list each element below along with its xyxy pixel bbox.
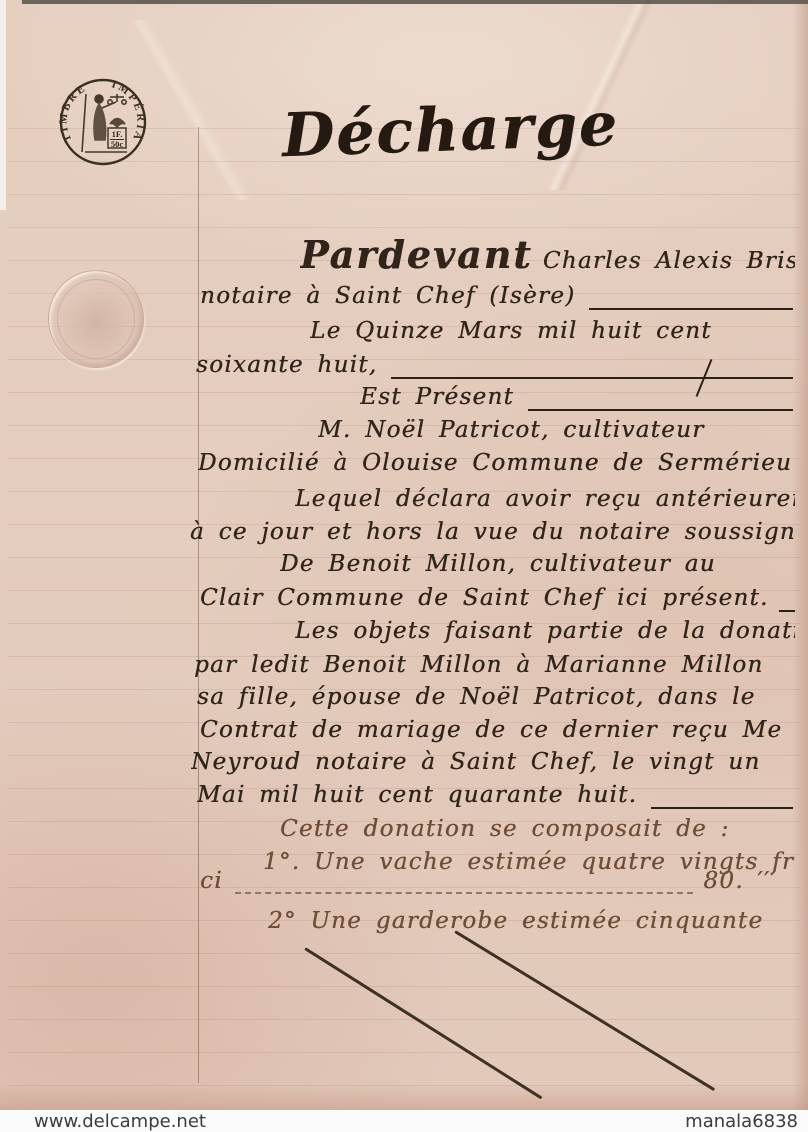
handwriting-line: De Benoit Millon, cultivateur au: [280, 551, 795, 585]
embossed-seal-eagle: [57, 279, 135, 359]
embossed-seal: [48, 270, 144, 368]
handwriting-line: Neyroud notaire à Saint Chef, le vingt u…: [191, 749, 795, 783]
line-text: Mai mil huit cent quarante huit.: [197, 782, 637, 808]
line-text: Le Quinze Mars mil huit cent: [310, 318, 712, 344]
stamp-value: 1F. 50c: [108, 128, 126, 149]
line-text: De Benoit Millon, cultivateur au: [280, 551, 716, 577]
handwriting-line: Contrat de mariage de ce dernier reçu Me: [200, 717, 795, 751]
paper-edge-shadow: [0, 1084, 808, 1110]
handwriting-line: ci 80. ′′′: [200, 868, 795, 902]
amount-value: 80. ′′′: [703, 868, 777, 894]
line-text: 2° Une garderobe estimée cinquante: [268, 908, 763, 934]
handwriting-line: par ledit Benoit Millon à Marianne Millo…: [194, 652, 795, 686]
handwriting-line: sa fille, épouse de Noël Patricot, dans …: [197, 684, 795, 718]
line-text: Cette donation se composait de :: [280, 816, 730, 842]
line-text: Contrat de mariage de ce dernier reçu Me: [200, 717, 782, 743]
stamp-value-centimes: 50c: [111, 139, 124, 149]
line-text: Neyroud notaire à Saint Chef, le vingt u…: [191, 749, 761, 775]
document-title: Décharge: [281, 91, 583, 171]
timbre-imperial-stamp-icon: TIMBRE IMPÉRIAL 1F. 50c: [59, 78, 147, 166]
handwriting-line: Mai mil huit cent quarante huit.: [197, 782, 795, 816]
watermark-seller: manala6838: [685, 1111, 798, 1132]
handwriting-line: Les objets faisant partie de la donation: [295, 618, 795, 652]
scan-edge: [22, 0, 808, 4]
handwriting-line: Est Présent: [360, 384, 795, 418]
line-text: Lequel déclara avoir reçu antérieurement: [295, 486, 795, 512]
eagle-icon: [110, 119, 125, 128]
handwriting-line: Clair Commune de Saint Chef ici présent.: [200, 585, 795, 619]
line-text: Charles Alexis Brissaud: [543, 248, 795, 274]
handwriting-line: Domicilié à Olouise Commune de Sermérieu: [198, 450, 795, 484]
handwriting-line: Lequel déclara avoir reçu antérieurement: [295, 486, 795, 520]
watermark-site: www.delcampe.net: [34, 1111, 206, 1132]
handwriting-line: Cette donation se composait de :: [280, 816, 795, 850]
handwriting-line: à ce jour et hors la vue du notaire sous…: [190, 519, 795, 553]
handwriting-line: notaire à Saint Chef (Isère): [200, 283, 795, 317]
line-text: Domicilié à Olouise Commune de Sermérieu: [198, 450, 792, 476]
line-text: ci: [200, 868, 223, 894]
line-text: soixante huit,: [196, 352, 377, 378]
ink-rule: [528, 409, 793, 411]
handwriting-line: Le Quinze Mars mil huit cent: [310, 318, 795, 352]
ink-rule: [589, 308, 793, 310]
leader-dashes: [235, 892, 694, 894]
handwriting-line: Pardevant Charles Alexis Brissaud: [300, 232, 795, 284]
stamp-value-francs: 1F.: [112, 129, 123, 139]
line-text: Les objets faisant partie de la donation: [295, 618, 795, 644]
line-text: Clair Commune de Saint Chef ici présent.: [200, 585, 769, 611]
handwriting-line: 2° Une garderobe estimée cinquante: [268, 908, 795, 942]
line-text: sa fille, épouse de Noël Patricot, dans …: [197, 684, 756, 710]
ink-rule: [779, 610, 795, 612]
document-scan: TIMBRE IMPÉRIAL 1F. 50c Décharge Par: [0, 0, 808, 1132]
line-text: par ledit Benoit Millon à Marianne Millo…: [194, 652, 764, 678]
line-text: notaire à Saint Chef (Isère): [200, 283, 575, 309]
scan-edge: [0, 0, 6, 210]
line-text: M. Noël Patricot, cultivateur: [318, 417, 704, 443]
opening-word: Pardevant: [300, 232, 533, 277]
line-text: à ce jour et hors la vue du notaire sous…: [190, 519, 795, 545]
ink-rule: [391, 377, 793, 379]
ink-rule: [651, 807, 793, 809]
handwriting-line: M. Noël Patricot, cultivateur: [318, 417, 795, 451]
line-text: Est Présent: [360, 384, 514, 410]
watermark-bar: www.delcampe.net manala6838: [0, 1110, 808, 1132]
